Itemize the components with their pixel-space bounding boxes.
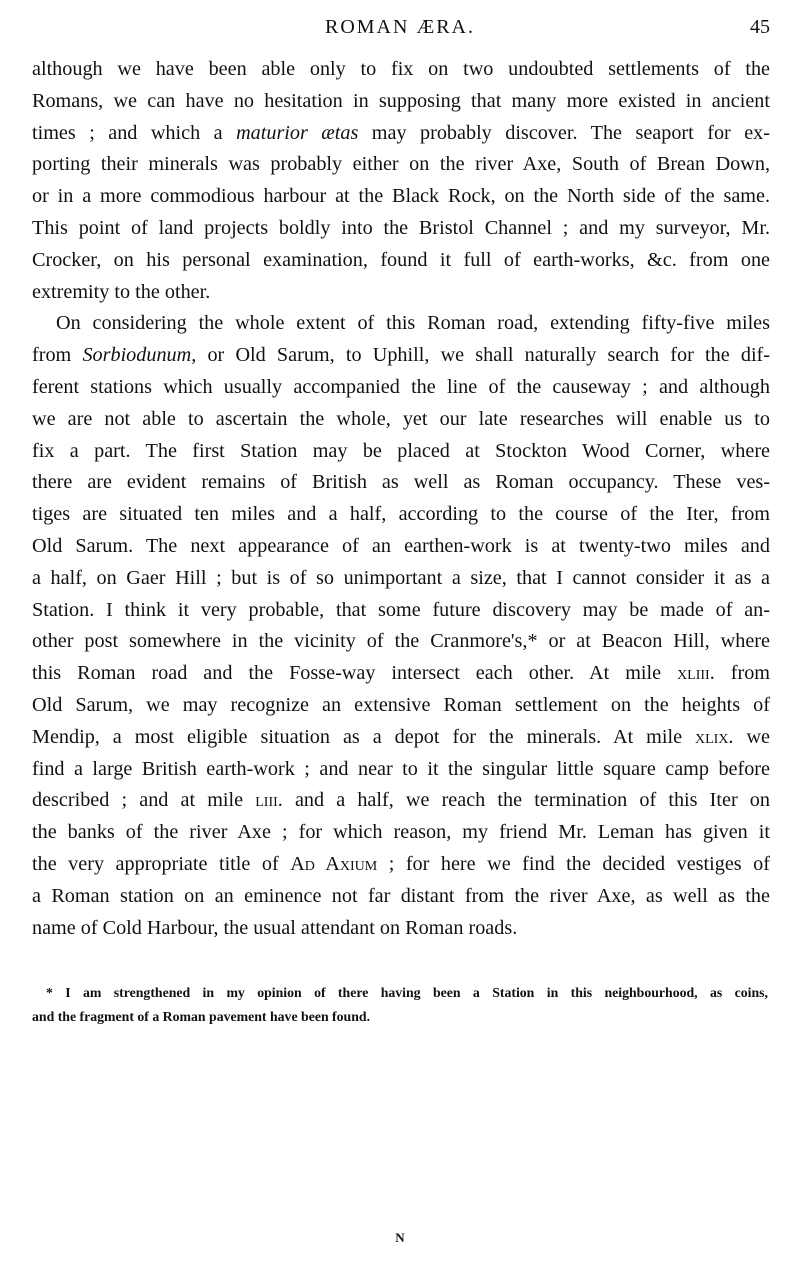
page-header: ROMAN ÆRA. 45	[0, 14, 800, 44]
text-line: other post somewhere in the vicinity of …	[32, 626, 770, 658]
text-line: this Roman road and the Fosse-way inters…	[32, 658, 770, 690]
body-text: although we have been able only to fix o…	[32, 54, 770, 944]
text-line: there are evident remains of British as …	[32, 467, 770, 499]
text-line: This point of land projects boldly into …	[32, 213, 770, 245]
text-line: ferent stations which usually accompanie…	[32, 372, 770, 404]
small-caps-term: xliii.	[677, 662, 715, 684]
footnote: * I am strengthened in my opinion of the…	[46, 981, 768, 1029]
text-line: Old Sarum. The next appearance of an ear…	[32, 531, 770, 563]
text-line: the banks of the river Axe ; for which r…	[32, 817, 770, 849]
small-caps-term: xlix.	[695, 726, 733, 748]
text-line: or in a more commodious harbour at the B…	[32, 181, 770, 213]
small-caps-term: Ad Axium	[290, 853, 377, 875]
text-line: Station. I think it very probable, that …	[32, 595, 770, 627]
text-line: On considering the whole extent of this …	[32, 308, 770, 340]
footnote-line: and the fragment of a Roman pavement hav…	[32, 1005, 768, 1029]
italic-term: Sorbiodunum,	[82, 344, 196, 366]
paragraph-2: On considering the whole extent of this …	[32, 308, 770, 944]
text-line: the very appropriate title of Ad Axium ;…	[32, 849, 770, 881]
text-line: tiges are situated ten miles and a half,…	[32, 499, 770, 531]
text-line: a Roman station on an eminence not far d…	[32, 881, 770, 913]
text-line: although we have been able only to fix o…	[32, 54, 770, 86]
footnote-line: * I am strengthened in my opinion of the…	[46, 981, 768, 1005]
text-line: a half, on Gaer Hill ; but is of so unim…	[32, 563, 770, 595]
text-line: Old Sarum, we may recognize an extensive…	[32, 690, 770, 722]
text-line: porting their minerals was probably eith…	[32, 149, 770, 181]
text-line: Mendip, a most eligible situation as a d…	[32, 722, 770, 754]
text-line: find a large British earth-work ; and ne…	[32, 754, 770, 786]
text-line: described ; and at mile liii. and a half…	[32, 785, 770, 817]
text-line: from Sorbiodunum, or Old Sarum, to Uphil…	[32, 340, 770, 372]
text-line: name of Cold Harbour, the usual attendan…	[32, 913, 770, 945]
page-number: 45	[750, 16, 770, 39]
text-line: fix a part. The first Station may be pla…	[32, 436, 770, 468]
signature-mark: N	[0, 1230, 800, 1246]
text-line: extremity to the other.	[32, 277, 770, 309]
text-line: Romans, we can have no hesitation in sup…	[32, 86, 770, 118]
text-line: we are not able to ascertain the whole, …	[32, 404, 770, 436]
text-line: Crocker, on his personal examination, fo…	[32, 245, 770, 277]
paragraph-1: although we have been able only to fix o…	[32, 54, 770, 308]
italic-term: maturior ætas	[236, 122, 358, 144]
text-line: times ; and which a maturior ætas may pr…	[32, 118, 770, 150]
small-caps-term: liii.	[255, 789, 283, 811]
running-title: ROMAN ÆRA.	[0, 16, 800, 39]
